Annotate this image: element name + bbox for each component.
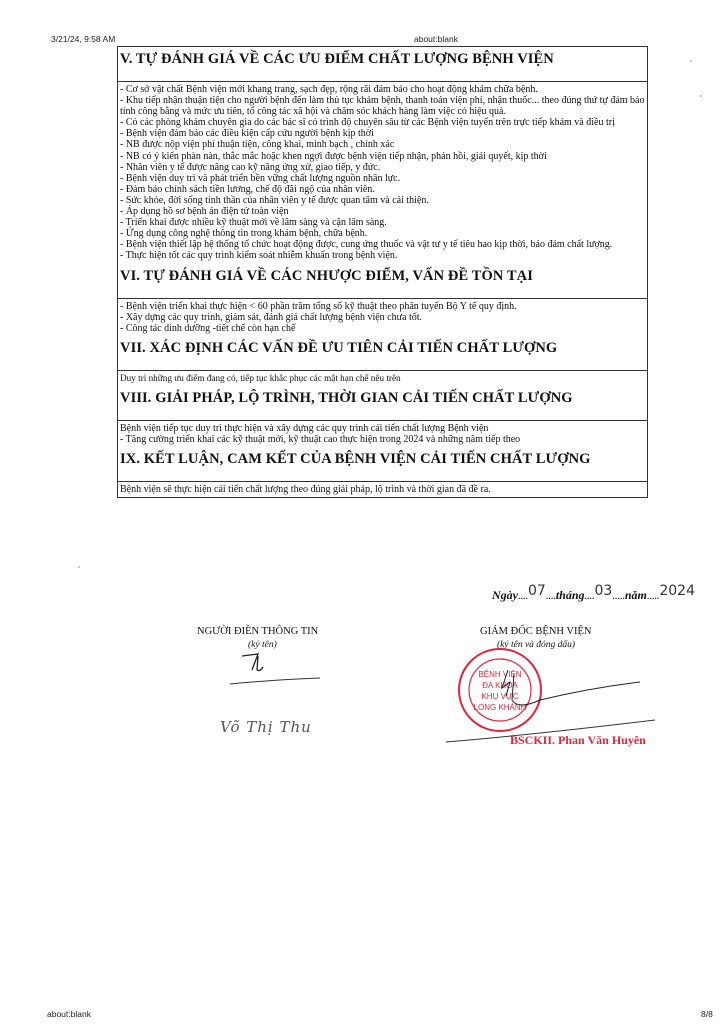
assessment-table: V. TỰ ĐÁNH GIÁ VỀ CÁC ƯU ĐIỂM CHẤT LƯỢNG…	[117, 46, 648, 498]
signer-right-name: BSCKII. Phan Văn Huyên	[510, 733, 646, 748]
handwritten-signature-icon	[230, 650, 340, 690]
section-v: V. TỰ ĐÁNH GIÁ VỀ CÁC ƯU ĐIỂM CHẤT LƯỢNG…	[118, 47, 647, 264]
list-item: - Xây dựng các quy trình, giám sát, đánh…	[120, 312, 645, 323]
section-title: VI. TỰ ĐÁNH GIÁ VỀ CÁC NHƯỢC ĐIỂM, VẤN Đ…	[118, 264, 647, 299]
list-item: Bệnh viện tiếp tục duy trì thực hiện và …	[120, 423, 645, 434]
section-title: VIII. GIẢI PHÁP, LỘ TRÌNH, THỜI GIAN CẢI…	[118, 386, 647, 421]
list-item: Bệnh viện sẽ thực hiện cải tiến chất lượ…	[120, 484, 645, 495]
scan-speck	[78, 566, 80, 568]
section-body: Duy trì những ưu điểm đang có, tiếp tục …	[118, 371, 647, 386]
list-item: - Ứng dụng công nghệ thông tin trong khá…	[120, 228, 645, 239]
list-item: - Bệnh viện đảm bảo các điều kiện cấp cứ…	[120, 128, 645, 139]
section-body: Bệnh viện sẽ thực hiện cải tiến chất lượ…	[118, 482, 647, 497]
month-label: tháng	[556, 588, 585, 602]
print-footer-page-number: 8/8	[701, 1009, 713, 1019]
list-item: - Nhân viên y tế được nâng cao kỹ năng ứ…	[120, 162, 645, 173]
section-vi: VI. TỰ ĐÁNH GIÁ VỀ CÁC NHƯỢC ĐIỂM, VẤN Đ…	[118, 264, 647, 336]
list-item: - Đảm bảo chính sách tiền lương, chế độ …	[120, 184, 645, 195]
list-item: - NB được nộp viện phí thuận tiện, công …	[120, 139, 645, 150]
list-item: - Bệnh viện triển khai thực hiện < 60 ph…	[120, 301, 645, 312]
section-title: IX. KẾT LUẬN, CAM KẾT CỦA BỆNH VIỆN CẢI …	[118, 447, 647, 482]
print-footer-url: about:blank	[47, 1009, 91, 1019]
print-header-datetime: 3/21/24, 9:58 AM	[51, 34, 115, 44]
section-vii: VII. XÁC ĐỊNH CÁC VẤN ĐỀ ƯU TIÊN CẢI TIẾ…	[118, 336, 647, 386]
section-title: VII. XÁC ĐỊNH CÁC VẤN ĐỀ ƯU TIÊN CẢI TIẾ…	[118, 336, 647, 371]
signer-left-title: NGƯỜI ĐIỀN THÔNG TIN	[197, 626, 318, 637]
list-item: - NB có ý kiến phàn nàn, thắc mắc hoặc k…	[120, 151, 645, 162]
section-body: Bệnh viện tiếp tục duy trì thực hiện và …	[118, 421, 647, 447]
list-item: - Cơ sở vật chất Bệnh viện mới khang tra…	[120, 84, 645, 95]
signer-left-note: (ký tên)	[248, 640, 277, 650]
scan-speck	[690, 60, 692, 62]
section-ix: IX. KẾT LUẬN, CAM KẾT CỦA BỆNH VIỆN CẢI …	[118, 447, 647, 497]
list-item: - Triển khai được nhiều kỹ thuật mới về …	[120, 217, 645, 228]
list-item: - Áp dụng hồ sơ bệnh án điện tử toàn việ…	[120, 206, 645, 217]
list-item: - Công tác dinh dưỡng -tiết chế còn hạn …	[120, 323, 645, 334]
scan-speck	[700, 95, 702, 97]
signing-date: Ngày....07....tháng....03.....năm.....20…	[492, 587, 695, 603]
section-body: - Cơ sở vật chất Bệnh viện mới khang tra…	[118, 82, 647, 264]
year-label: năm	[625, 588, 647, 602]
section-viii: VIII. GIẢI PHÁP, LỘ TRÌNH, THỜI GIAN CẢI…	[118, 386, 647, 447]
print-header-url: about:blank	[414, 34, 458, 44]
signer-right-title: GIÁM ĐỐC BỆNH VIỆN	[480, 626, 592, 637]
section-title: V. TỰ ĐÁNH GIÁ VỀ CÁC ƯU ĐIỂM CHẤT LƯỢNG…	[118, 47, 647, 82]
signer-left-name: Võ Thị Thu	[220, 718, 312, 736]
list-item: - Khu tiếp nhận thuận tiện cho người bện…	[120, 95, 645, 117]
list-item: - Sức khỏe, đời sống tinh thần của nhân …	[120, 195, 645, 206]
section-body: - Bệnh viện triển khai thực hiện < 60 ph…	[118, 299, 647, 336]
day-value: 07	[528, 583, 546, 599]
year-value: 2024	[659, 583, 695, 599]
list-item: - Có các phòng khám chuyên gia do các bá…	[120, 117, 645, 128]
month-value: 03	[595, 583, 613, 599]
list-item: - Tăng cường triển khai các kỹ thuật mới…	[120, 434, 645, 445]
list-item: Duy trì những ưu điểm đang có, tiếp tục …	[120, 373, 645, 384]
list-item: - Bệnh viện thiết lập hệ thống tổ chức h…	[120, 239, 645, 250]
list-item: - Bệnh viện duy trì và phát triển bền vữ…	[120, 173, 645, 184]
list-item: - Thực hiện tốt các quy trình kiểm soát …	[120, 250, 645, 261]
day-label: Ngày	[492, 588, 518, 602]
